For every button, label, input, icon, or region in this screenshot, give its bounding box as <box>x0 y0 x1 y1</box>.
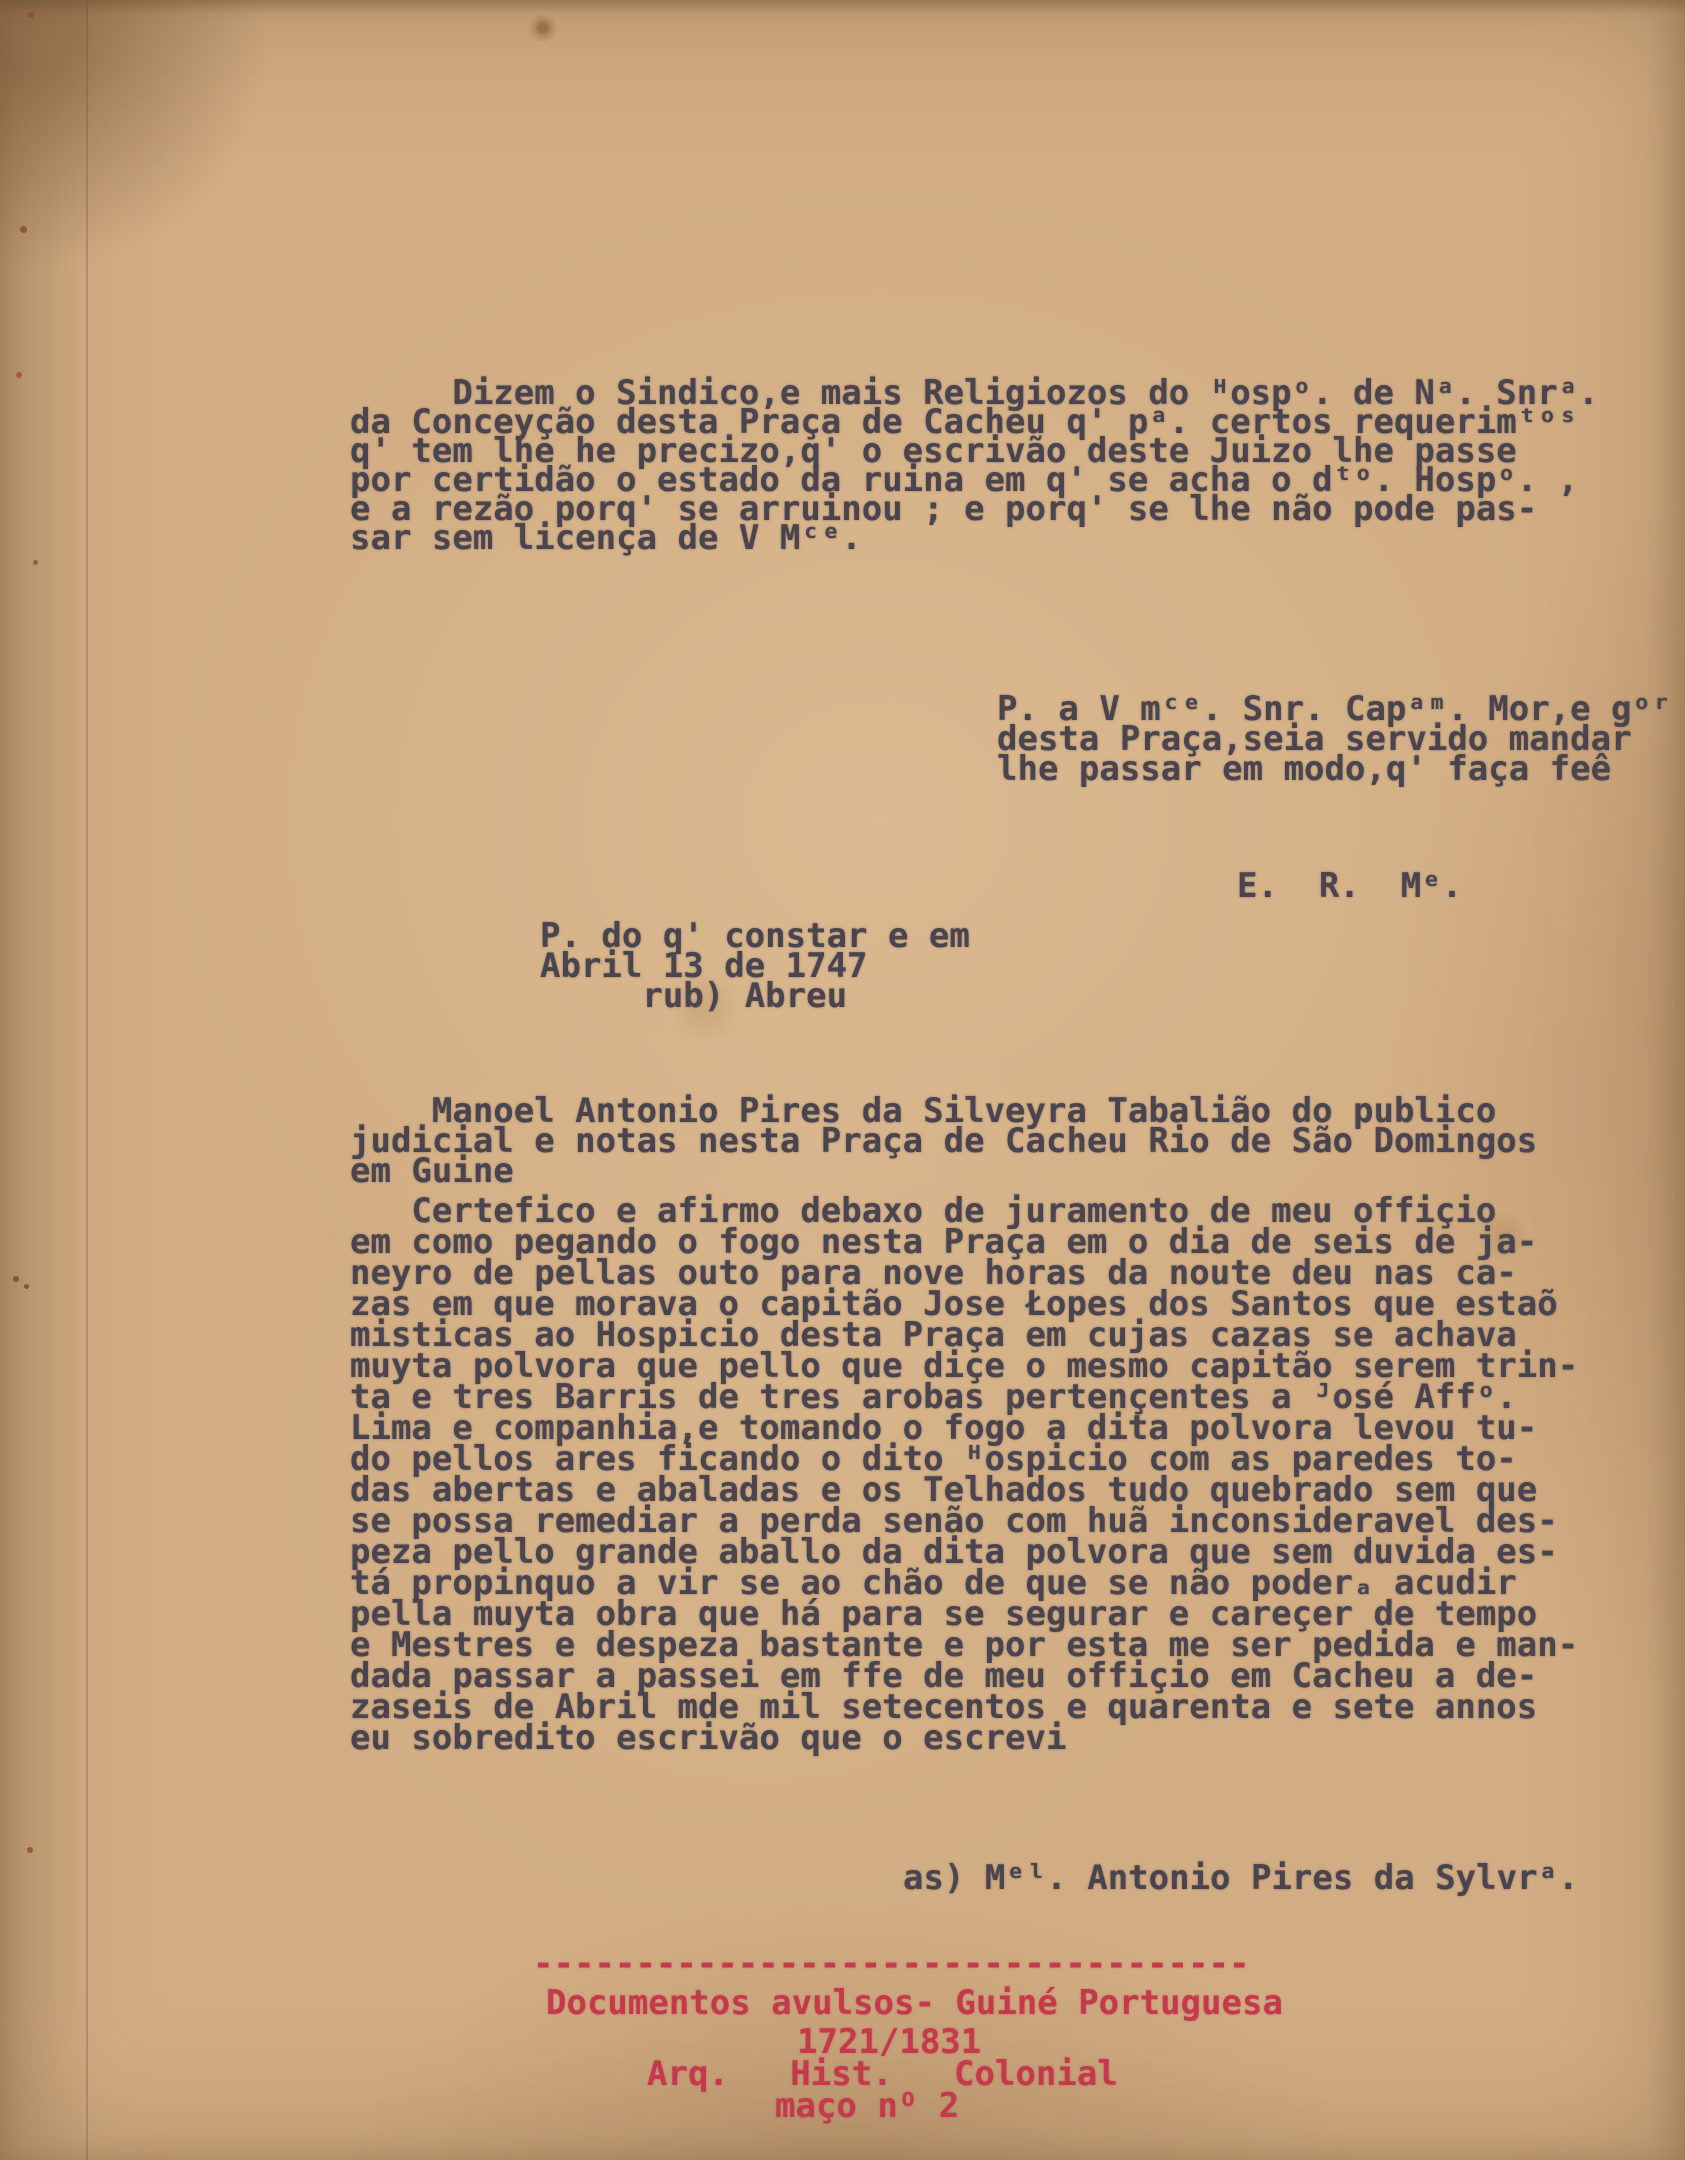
signature-line: as) Mᵉˡ. Antonio Pires da Sylvrᵃ. <box>903 1858 1579 1898</box>
stamp-bundle: maço nᴼ 2 <box>775 2086 959 2126</box>
erm-formula: E. R. Mᵉ. <box>1237 866 1462 906</box>
paper-speck <box>33 560 38 565</box>
certification-paragraph: Certefico e afirmo debaxo de juramento d… <box>350 1196 1578 1754</box>
petition-paragraph: Dizem o Sindico,e mais Religiozos do ᴴos… <box>350 379 1599 553</box>
notary-paragraph: Manoel Antonio Pires da Silveyra Tabaliã… <box>350 1096 1537 1186</box>
paper-crease <box>86 0 88 2160</box>
request-block: P. a V mᶜᵉ. Snr. Capᵃᵐ. Mor,e gᵒʳ desta … <box>997 694 1673 784</box>
paper-speck <box>24 1284 29 1289</box>
date-block: P. do q' constar e em Abril 13 de 1747 r… <box>540 921 970 1011</box>
text-line: rub) Abreu <box>540 981 970 1011</box>
text-line: lhe passar em modo,q' faça feê <box>997 754 1673 784</box>
document-scan: Dizem o Sindico,e mais Religiozos do ᴴos… <box>0 0 1685 2160</box>
paper-speck <box>27 1847 33 1853</box>
paper-speck <box>20 226 27 233</box>
text-line: judicial e notas nesta Praça de Cacheu R… <box>350 1126 1537 1156</box>
stamp-dashed-line: ----------------------------------- <box>533 1944 1249 1984</box>
text-line: eu sobredito escrivão que o escrevi <box>350 1723 1578 1754</box>
stamp-title: Documentos avulsos- Guiné Portuguesa <box>546 1983 1283 2023</box>
paper-speck <box>16 372 22 378</box>
paper-speck <box>28 12 34 18</box>
paper-speck <box>13 1276 19 1282</box>
